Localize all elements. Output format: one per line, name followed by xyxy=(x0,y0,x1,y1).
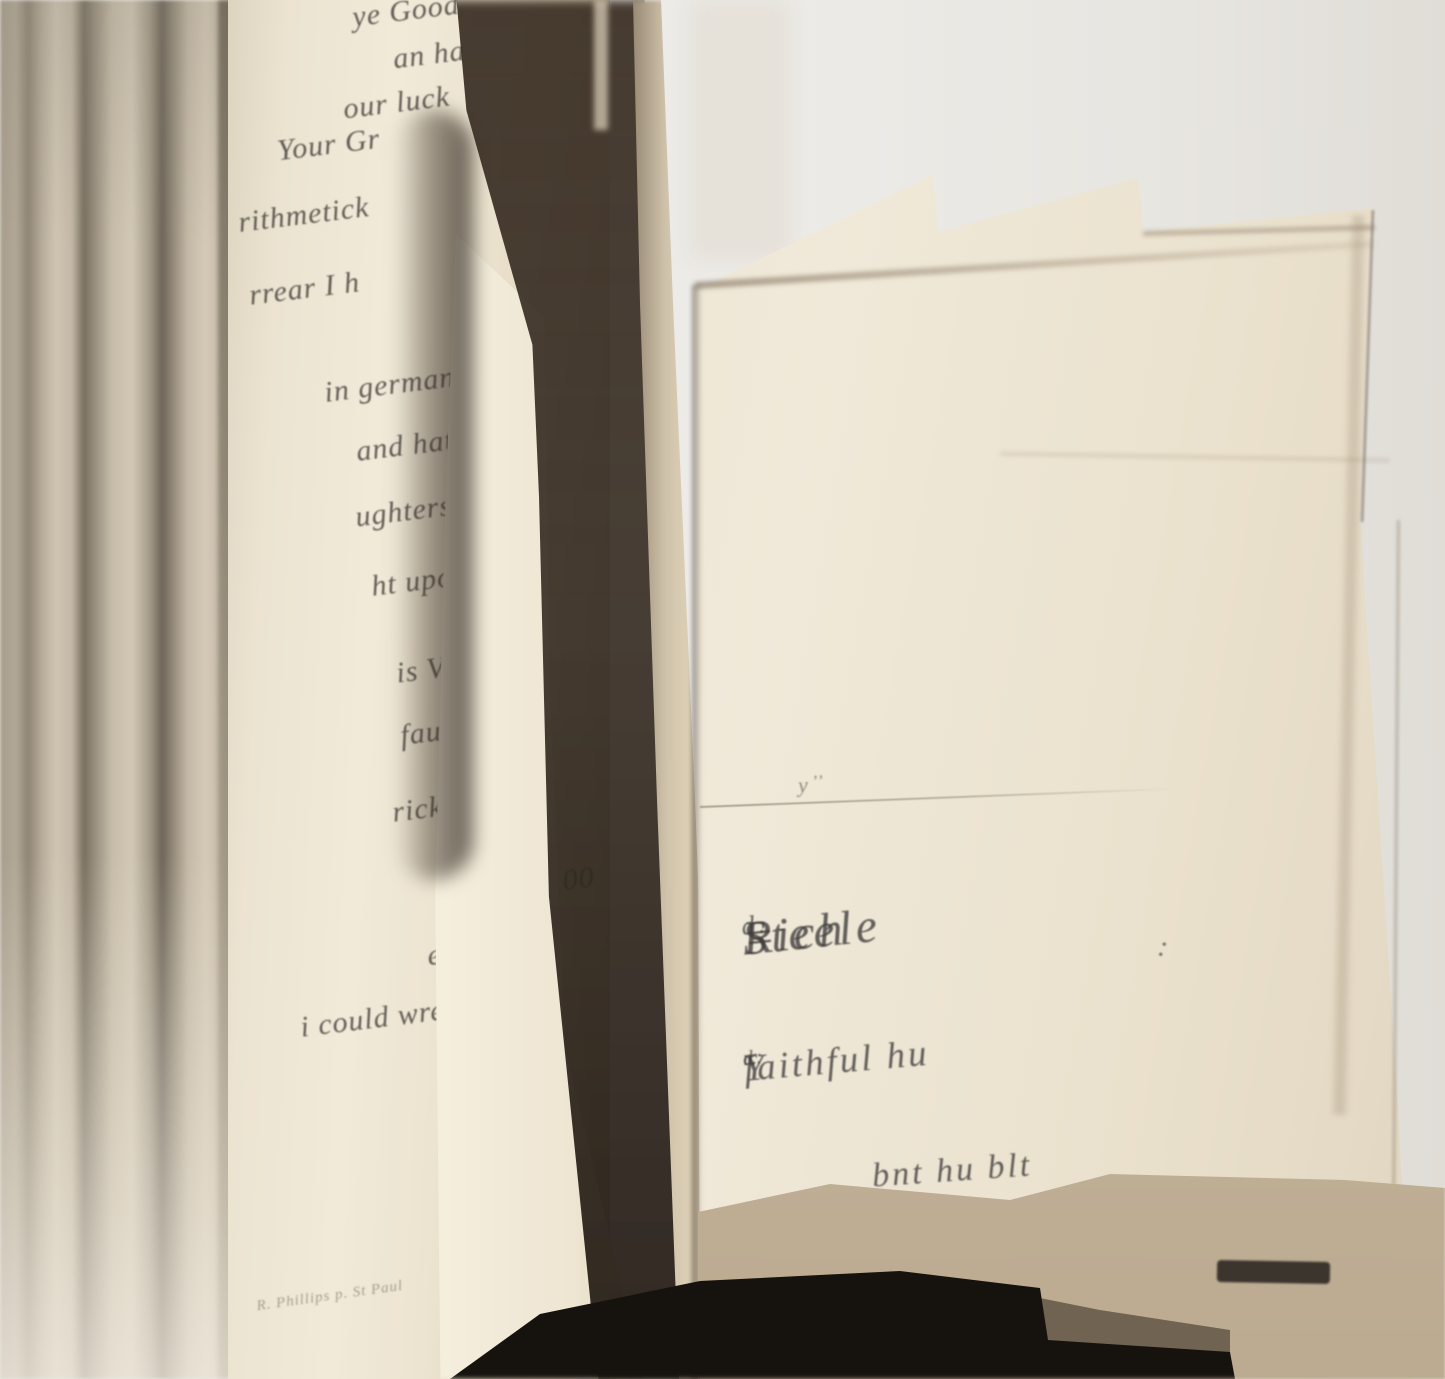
handwriting-line: rithmetick xyxy=(237,190,372,240)
dark-edge-mark xyxy=(1217,1260,1330,1284)
book-fore-edge-pages xyxy=(0,0,240,1379)
handwriting-line: Your Gr xyxy=(275,122,382,168)
page-shadow xyxy=(395,110,473,880)
printer-imprint-text: R. Phillips p. St Paul xyxy=(256,1278,405,1315)
handwriting-line: i could wre xyxy=(299,993,447,1044)
handwriting-line: ye Good xyxy=(351,0,462,34)
lit-page-edge xyxy=(594,0,608,130)
soft-shadow-haze xyxy=(690,0,790,260)
closing-superscript: d: xyxy=(742,1046,767,1071)
photo-of-open-antique-book: ye Good an ha our luck Your Gr rithmetic… xyxy=(0,0,1445,1379)
handwriting-line: an ha xyxy=(391,34,467,77)
handwriting-line: rrear I h xyxy=(247,265,362,312)
faint-pen-marks: y ̓ ̓ xyxy=(797,771,819,798)
